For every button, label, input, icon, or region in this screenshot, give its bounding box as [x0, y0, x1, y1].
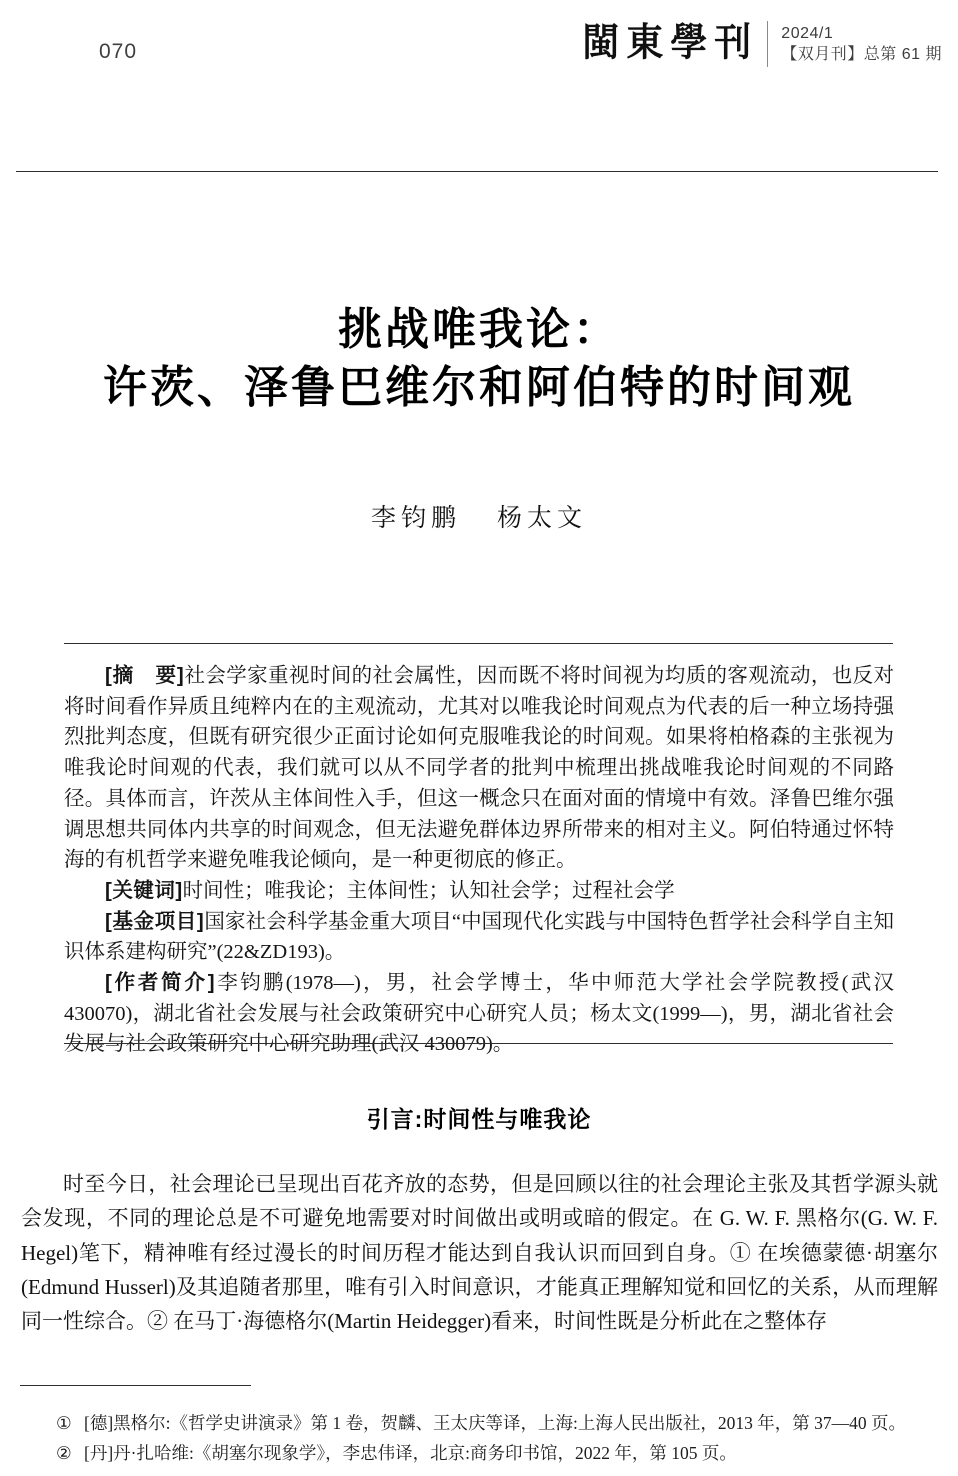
footnote-marker: ②	[56, 1438, 84, 1468]
author-list: 李钧鹏杨太文	[0, 498, 958, 534]
front-matter-paragraph: [作者简介]李钧鹏(1978—)，男，社会学博士，华中师范大学社会学院教授(武汉…	[64, 968, 894, 1060]
journal-logo-calligraphy: 閩東學刊	[582, 19, 758, 69]
footnote-marker: ①	[56, 1408, 84, 1438]
article-title: 挑战唯我论： 许茨、泽鲁巴维尔和阿伯特的时间观	[0, 301, 958, 417]
issue-frequency-total: 【双月刊】总第 61 期	[781, 44, 942, 65]
article-title-line-2: 许茨、泽鲁巴维尔和阿伯特的时间观	[0, 359, 958, 417]
front-matter-top-rule	[64, 643, 893, 644]
front-matter-paragraph: [关键词]时间性；唯我论；主体间性；认知社会学；过程社会学	[64, 876, 894, 907]
front-matter-paragraph: [摘 要]社会学家重视时间的社会属性，因而既不将时间视为均质的客观流动，也反对将…	[64, 661, 894, 876]
author-name: 李钧鹏	[371, 498, 461, 534]
body-paragraph: 时至今日，社会理论已呈现出百花齐放的态势，但是回顾以往的社会理论主张及其哲学源头…	[21, 1167, 938, 1338]
front-matter-bottom-rule	[64, 1043, 893, 1044]
footnote-item: ② [丹]丹·扎哈维:《胡塞尔现象学》，李忠伟译，北京:商务印书馆，2022 年…	[22, 1438, 942, 1468]
author-name: 杨太文	[497, 498, 587, 534]
section-heading: 引言:时间性与唯我论	[0, 1101, 958, 1134]
issue-info: 2024/1 【双月刊】总第 61 期	[781, 23, 942, 65]
front-matter-text: 社会学家重视时间的社会属性，因而既不将时间视为均质的客观流动，也反对将时间看作异…	[64, 665, 894, 871]
front-matter-text: 时间性；唯我论；主体间性；认知社会学；过程社会学	[183, 880, 675, 902]
journal-masthead: 閩東學刊 2024/1 【双月刊】总第 61 期	[582, 20, 942, 68]
footnote-item: ① [德]黑格尔:《哲学史讲演录》第 1 卷，贺麟、王太庆等译，上海:上海人民出…	[22, 1408, 942, 1438]
front-matter-label: [摘 要]	[105, 664, 184, 687]
footnote-separator-rule	[20, 1385, 251, 1386]
footnote-list: ① [德]黑格尔:《哲学史讲演录》第 1 卷，贺麟、王太庆等译，上海:上海人民出…	[22, 1408, 942, 1468]
front-matter: [摘 要]社会学家重视时间的社会属性，因而既不将时间视为均质的客观流动，也反对将…	[64, 661, 894, 1060]
page-number: 070	[99, 40, 137, 64]
front-matter-label: [关键词]	[105, 879, 183, 902]
journal-page: 070 閩東學刊 2024/1 【双月刊】总第 61 期 挑战唯我论： 许茨、泽…	[0, 0, 958, 1476]
header-rule	[16, 171, 938, 172]
front-matter-label: [基金项目]	[105, 910, 204, 933]
article-title-line-1: 挑战唯我论：	[0, 301, 958, 359]
footnote-text: [德]黑格尔:《哲学史讲演录》第 1 卷，贺麟、王太庆等译，上海:上海人民出版社…	[84, 1408, 942, 1438]
footnote-text: [丹]丹·扎哈维:《胡塞尔现象学》，李忠伟译，北京:商务印书馆，2022 年，第…	[84, 1438, 942, 1468]
masthead-divider	[767, 21, 768, 67]
issue-year-number: 2024/1	[781, 23, 942, 44]
front-matter-paragraph: [基金项目]国家社会科学基金重大项目“中国现代化实践与中国特色哲学社会科学自主知…	[64, 907, 894, 968]
front-matter-label: [作者简介]	[105, 971, 215, 994]
